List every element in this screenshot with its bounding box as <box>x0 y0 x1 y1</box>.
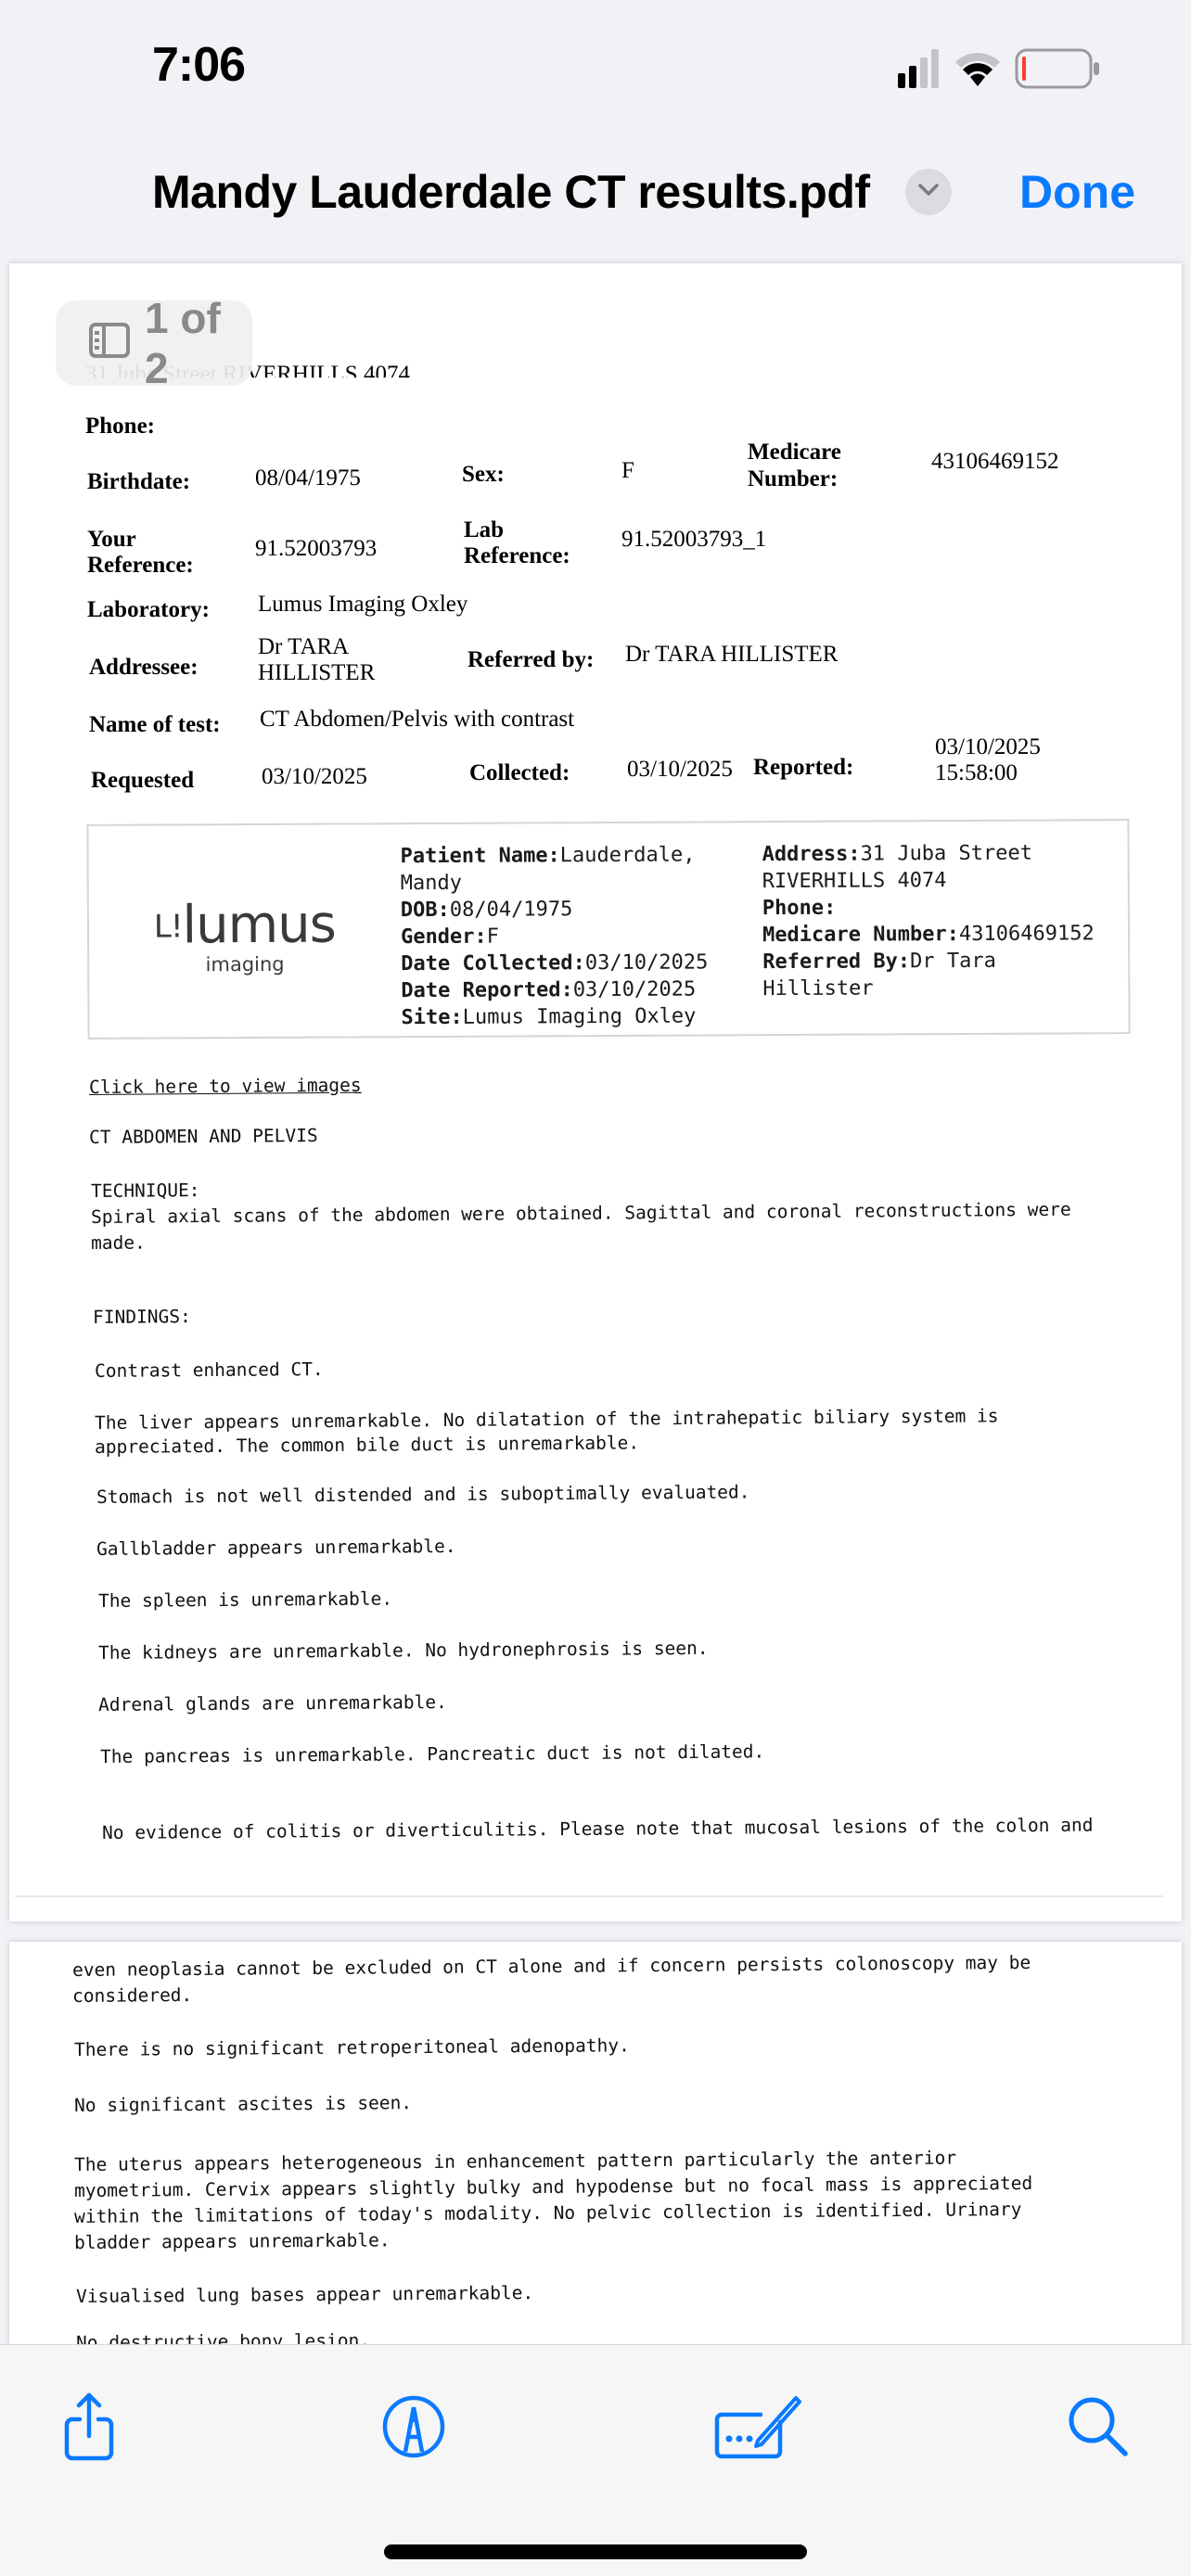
finding-line: No significant ascites is seen. <box>74 2091 412 2118</box>
nav-bar: Mandy Lauderdale CT results.pdf Done <box>0 148 1191 250</box>
reported-label: Reported: <box>753 755 853 782</box>
patient-info-box: L!lumus imaging Patient Name:Lauderdale,… <box>86 819 1130 1039</box>
collected-label: Collected: <box>469 760 570 787</box>
reported-date: 03/10/2025 <box>935 734 1041 761</box>
finding-line: Visualised lung bases appear unremarkabl… <box>76 2281 533 2309</box>
collected-value: 03/10/2025 <box>627 757 733 784</box>
page-indicator[interactable]: 1 of 2 <box>56 300 252 386</box>
finding-line: No evidence of colitis or diverticulitis… <box>102 1814 1094 1845</box>
finding-line: There is no significant retroperitoneal … <box>74 2034 630 2062</box>
requested-value: 03/10/2025 <box>262 764 367 791</box>
title-menu-button[interactable] <box>905 169 952 215</box>
finding-line: bladder appears unremarkable. <box>74 2228 391 2255</box>
cellular-signal-icon <box>898 49 941 93</box>
medicare-label-2: Number: <box>748 466 838 493</box>
markup-pen-icon <box>381 2394 446 2464</box>
chevron-down-icon <box>917 183 940 202</box>
share-button[interactable] <box>52 2391 126 2466</box>
your-reference-label-2: Reference: <box>87 553 194 580</box>
sex-value: F <box>621 458 634 485</box>
home-indicator[interactable] <box>384 2544 807 2559</box>
your-reference-value: 91.52003793 <box>255 536 377 563</box>
addressee-value-1: Dr TARA <box>258 634 349 661</box>
laboratory-label: Laboratory: <box>87 597 210 624</box>
fill-and-sign-button[interactable] <box>712 2391 805 2466</box>
requested-label: Requested <box>91 768 194 795</box>
logo-main: L!lumus <box>154 899 336 952</box>
finding-line: considered. <box>72 1983 192 2009</box>
sex-label: Sex: <box>462 462 505 489</box>
technique-line-2: made. <box>91 1231 146 1256</box>
laboratory-value: Lumus Imaging Oxley <box>258 592 467 618</box>
share-icon <box>61 2391 117 2467</box>
test-name-value: CT Abdomen/Pelvis with contrast <box>260 707 574 733</box>
lab-reference-value: 91.52003793_1 <box>621 527 766 554</box>
signature-icon <box>714 2394 803 2464</box>
findings-label: FINDINGS: <box>93 1305 191 1330</box>
document-title[interactable]: Mandy Lauderdale CT results.pdf <box>152 165 870 219</box>
status-icons <box>898 48 1102 94</box>
page-edge-line <box>15 1895 1163 1897</box>
reported-time: 15:58:00 <box>935 760 1018 787</box>
test-name-label: Name of test: <box>89 712 221 739</box>
finding-line: Stomach is not well distended and is sub… <box>96 1480 750 1510</box>
report-heading: CT ABDOMEN AND PELVIS <box>89 1124 318 1150</box>
finding-line: appreciated. The common bile duct is unr… <box>95 1431 639 1460</box>
finding-line: within the limitations of today's modali… <box>74 2198 1022 2229</box>
lab-reference-label-1: Lab <box>464 517 504 544</box>
addressee-label: Addressee: <box>89 655 198 682</box>
wifi-icon <box>954 49 1002 93</box>
address-details-column: Address:31 Juba Street RIVERHILLS 4074 P… <box>762 839 1095 1002</box>
technique-line-1: Spiral axial scans of the abdomen were o… <box>91 1198 1071 1230</box>
your-reference-label-1: Your <box>87 527 136 554</box>
page-indicator-text: 1 of 2 <box>145 293 252 393</box>
finding-line: The kidneys are unremarkable. No hydrone… <box>98 1637 709 1665</box>
medicare-label-1: Medicare <box>748 440 841 466</box>
finding-line: The liver appears unremarkable. No dilat… <box>95 1404 999 1435</box>
addressee-value-2: HILLISTER <box>258 660 375 687</box>
done-button[interactable]: Done <box>1019 165 1135 219</box>
finding-line: even neoplasia cannot be excluded on CT … <box>72 1951 1031 1983</box>
referred-by-value: Dr TARA HILLISTER <box>625 642 838 669</box>
finding-line: Contrast enhanced CT. <box>95 1358 324 1384</box>
status-bar: 7:06 <box>0 0 1191 139</box>
finding-line: The pancreas is unremarkable. Pancreatic… <box>100 1740 764 1769</box>
referred-by-label: Referred by: <box>467 647 594 674</box>
medicare-value: 43106469152 <box>931 449 1059 476</box>
lab-reference-label-2: Reference: <box>464 543 570 570</box>
patient-details-column: Patient Name:Lauderdale, Mandy DOB:08/04… <box>401 841 709 1031</box>
birthdate-value: 08/04/1975 <box>255 465 361 492</box>
markup-button[interactable] <box>377 2391 451 2466</box>
finding-line: Adrenal glands are unremarkable. <box>98 1690 447 1717</box>
search-icon <box>1066 2394 1131 2464</box>
status-time: 7:06 <box>152 37 245 93</box>
pdf-page-1[interactable]: 1 of 2 31 Juba Street RIVERHILLS 4074 Ph… <box>9 263 1182 1921</box>
finding-line: The spleen is unremarkable. <box>98 1588 392 1613</box>
logo-sub: imaging <box>154 953 336 976</box>
view-images-link[interactable]: Click here to view images <box>89 1074 362 1100</box>
finding-line: Gallbladder appears unremarkable. <box>96 1535 456 1562</box>
finding-line: No destructive bony lesion. <box>76 2329 370 2344</box>
pdf-page-2[interactable]: even neoplasia cannot be excluded on CT … <box>9 1942 1182 2344</box>
birthdate-label: Birthdate: <box>87 469 190 496</box>
search-button[interactable] <box>1061 2391 1135 2466</box>
battery-low-icon <box>1015 48 1102 94</box>
bottom-toolbar <box>0 2344 1191 2576</box>
technique-label: TECHNIQUE: <box>91 1179 200 1204</box>
sidebar-thumbnails-icon <box>89 318 130 368</box>
lumus-logo: L!lumus imaging <box>154 899 336 976</box>
phone-label: Phone: <box>85 414 155 440</box>
